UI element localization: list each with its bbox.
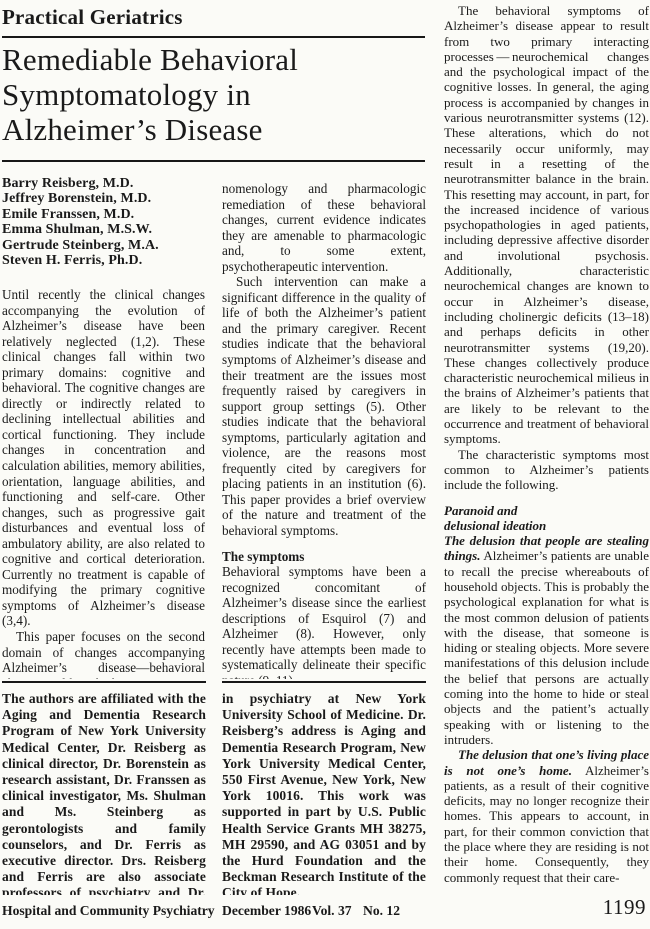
author-name: Barry Reisberg, M.D. <box>2 176 212 191</box>
section-heading-paranoid-ideation: Paranoid and delusional ideation <box>444 503 649 534</box>
title-line-2: Symptomatology in <box>2 77 426 112</box>
column-3: The behavioral symptoms of Alzheimer’s d… <box>444 3 649 892</box>
paragraph-text: Alzheimer’s patients are unable to recal… <box>444 548 649 747</box>
title-rule <box>2 160 425 162</box>
paragraph: The behavioral symptoms of Alzheimer’s d… <box>444 3 649 447</box>
footnote-text: The authors are affiliated with the Agin… <box>2 691 206 895</box>
footer-volume: Vol. 37 <box>312 903 352 919</box>
title-line-3: Alzheimer’s Disease <box>2 112 426 147</box>
paragraph: nomenology and pharmacologic remediation… <box>222 181 426 274</box>
title-line-1: Remediable Behavioral <box>2 42 426 77</box>
author-name: Steven H. Ferris, Ph.D. <box>2 253 212 268</box>
column-kicker: Practical Geriatrics <box>2 5 426 30</box>
footnote-text: in psychiatry at New York University Sch… <box>222 691 426 895</box>
footnote-rule <box>222 681 426 683</box>
kicker-rule <box>2 36 425 38</box>
paragraph-text: Alzheimer’s patients, as a result of the… <box>444 763 649 885</box>
footnote-rule <box>2 681 206 683</box>
paragraph: This paper focuses on the second domain … <box>2 629 205 679</box>
footer-issue-number: No. 12 <box>363 903 400 919</box>
page-number: 1199 <box>603 895 646 920</box>
footer-issue-date: December 1986 <box>222 903 311 919</box>
footer-journal-name: Hospital and Community Psychiatry <box>2 903 215 919</box>
heading-line: delusional ideation <box>444 518 649 533</box>
paragraph: The characteristic symptoms most common … <box>444 447 649 493</box>
column-2: nomenology and pharmacologic remediation… <box>222 181 426 679</box>
footnote-column-2: in psychiatry at New York University Sch… <box>222 681 426 895</box>
section-heading-symptoms: The symptoms <box>222 549 426 565</box>
author-name: Emile Franssen, M.D. <box>2 207 212 222</box>
paragraph: The delusion that one’s living place is … <box>444 747 649 885</box>
author-name: Emma Shulman, M.S.W. <box>2 222 212 237</box>
footnote-column-1: The authors are affiliated with the Agin… <box>2 681 206 895</box>
heading-line: Paranoid and <box>444 503 649 518</box>
author-list: Barry Reisberg, M.D. Jeffrey Borenstein,… <box>2 176 212 268</box>
paragraph: Such intervention can make a significant… <box>222 274 426 538</box>
paragraph: Until recently the clinical changes acco… <box>2 287 205 629</box>
author-name: Jeffrey Borenstein, M.D. <box>2 191 212 206</box>
article-title: Remediable Behavioral Symptomatology in … <box>2 42 426 147</box>
journal-page: Practical Geriatrics Remediable Behavior… <box>0 0 650 929</box>
column-1: Until recently the clinical changes acco… <box>2 287 205 679</box>
paragraph: Behavioral symptoms have been a recogniz… <box>222 564 426 679</box>
paragraph: The delusion that people are stealing th… <box>444 533 649 747</box>
author-name: Gertrude Steinberg, M.A. <box>2 238 212 253</box>
